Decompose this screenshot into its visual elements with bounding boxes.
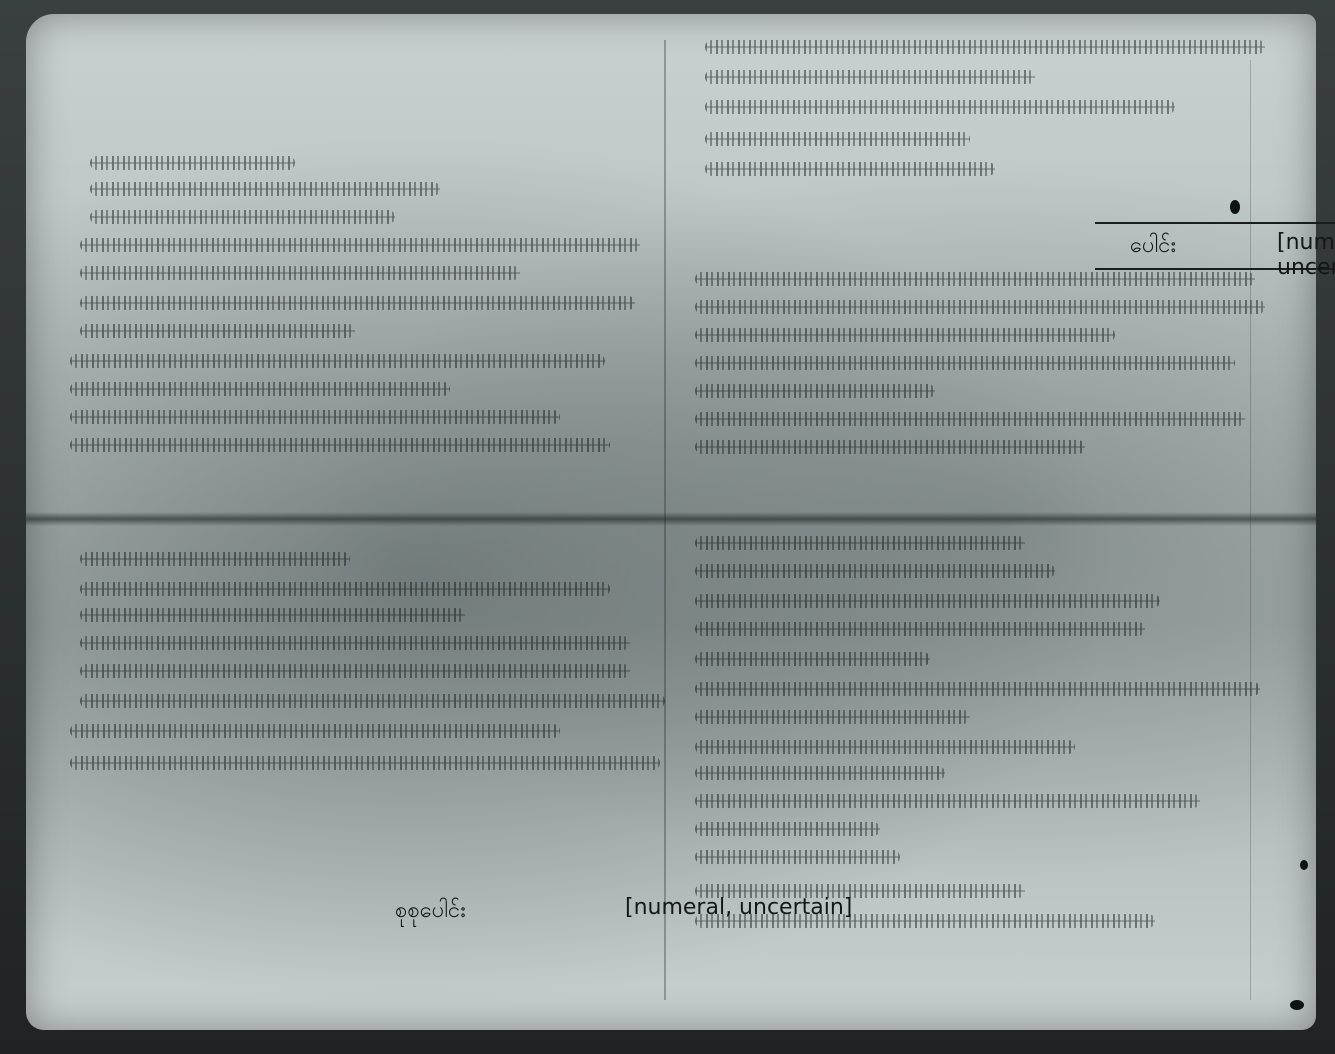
handwritten-line: [illegible handwritten line]: [695, 380, 935, 402]
ink-strokes: [705, 70, 1035, 84]
handwritten-line: [illegible handwritten line]: [80, 262, 520, 284]
handwritten-line: [illegible handwritten line]: [90, 206, 395, 228]
ink-strokes: [80, 636, 630, 650]
total-value: [numeral, uncertain]: [1277, 230, 1335, 280]
ink-strokes: [70, 354, 605, 368]
handwritten-line: [illegible handwritten line]: [80, 604, 465, 626]
handwritten-line: [illegible handwritten line]: [695, 590, 1160, 612]
ink-strokes: [695, 328, 1115, 342]
ink-stain: [1300, 860, 1308, 870]
handwritten-line: [illegible handwritten line]: [80, 578, 610, 600]
handwritten-line: [illegible handwritten line]: [695, 324, 1115, 346]
ink-strokes: [70, 438, 610, 452]
handwritten-line: [illegible handwritten line]: [695, 762, 945, 784]
handwritten-line: [illegible handwritten line]: [70, 752, 660, 774]
handwritten-line: [illegible handwritten line]: [705, 66, 1035, 88]
handwritten-line: [illegible handwritten line]: [695, 648, 930, 670]
ink-strokes: [80, 552, 350, 566]
ink-strokes: [705, 40, 1265, 54]
ink-strokes: [695, 682, 1260, 696]
handwritten-line: [illegible handwritten line]: [695, 560, 1055, 582]
ink-strokes: [705, 162, 995, 176]
handwritten-line: [illegible handwritten line]: [80, 690, 665, 712]
ink-strokes: [695, 272, 1255, 286]
total-label: ပေါင်း: [1130, 230, 1176, 263]
ink-strokes: [80, 694, 665, 708]
handwritten-line: [illegible handwritten line]: [90, 152, 295, 174]
handwritten-line: [illegible handwritten line]: [70, 720, 560, 742]
ink-strokes: [70, 756, 660, 770]
ink-strokes: [695, 794, 1200, 808]
ink-strokes: [80, 238, 640, 252]
ink-strokes: [695, 710, 970, 724]
ink-strokes: [695, 440, 1085, 454]
handwritten-line: [illegible handwritten line]: [70, 350, 605, 372]
ink-strokes: [90, 182, 440, 196]
handwritten-line: [illegible handwritten line]: [695, 618, 1145, 640]
ink-strokes: [695, 356, 1235, 370]
ink-strokes: [80, 608, 465, 622]
handwritten-line: [illegible handwritten line]: [705, 158, 995, 180]
handwritten-line: [illegible handwritten line]: [695, 846, 900, 868]
grand-total-value: [numeral, uncertain]: [625, 895, 852, 920]
handwritten-line: [illegible handwritten line]: [80, 320, 355, 342]
handwritten-line: [illegible handwritten line]: [70, 434, 610, 456]
handwritten-line: [illegible handwritten line]: [695, 296, 1265, 318]
ink-strokes: [705, 132, 970, 146]
ink-strokes: [695, 652, 930, 666]
handwritten-line: [illegible handwritten line]: [80, 548, 350, 570]
ink-strokes: [695, 740, 1075, 754]
ink-stain: [1290, 1000, 1304, 1010]
ink-strokes: [695, 564, 1055, 578]
ink-strokes: [80, 266, 520, 280]
handwritten-line: [illegible handwritten line]: [70, 378, 450, 400]
ink-strokes: [80, 664, 630, 678]
ink-strokes: [695, 384, 935, 398]
ink-strokes: [695, 412, 1245, 426]
handwritten-line: [illegible handwritten line]: [705, 96, 1175, 118]
handwritten-line: [illegible handwritten line]: [80, 292, 635, 314]
handwritten-line: [illegible handwritten line]: [705, 36, 1265, 58]
ink-strokes: [70, 410, 560, 424]
handwritten-line: [illegible handwritten line]: [80, 660, 630, 682]
ink-strokes: [695, 300, 1265, 314]
ink-strokes: [80, 324, 355, 338]
handwritten-line: [illegible handwritten line]: [705, 128, 970, 150]
handwritten-line: [illegible handwritten line]: [695, 408, 1245, 430]
ink-strokes: [695, 766, 945, 780]
handwritten-line: [illegible handwritten line]: [695, 678, 1260, 700]
ink-strokes: [695, 622, 1145, 636]
handwritten-line: [illegible handwritten line]: [695, 532, 1025, 554]
ink-strokes: [695, 822, 880, 836]
ink-strokes: [90, 156, 295, 170]
ink-stain: [1230, 200, 1240, 214]
ink-strokes: [70, 382, 450, 396]
ink-strokes: [80, 582, 610, 596]
handwritten-line: [illegible handwritten line]: [80, 632, 630, 654]
ink-strokes: [80, 296, 635, 310]
handwritten-line: [illegible handwritten line]: [695, 352, 1235, 374]
grand-total-label: စုစုပေါင်း: [395, 895, 466, 928]
handwritten-line: [illegible handwritten line]: [90, 178, 440, 200]
handwritten-line: [illegible handwritten line]: [695, 268, 1255, 290]
handwritten-line: [illegible handwritten line]: [695, 818, 880, 840]
ink-strokes: [695, 850, 900, 864]
handwritten-line: [illegible handwritten line]: [80, 234, 640, 256]
ink-strokes: [70, 724, 560, 738]
ink-strokes: [695, 536, 1025, 550]
handwritten-line: [illegible handwritten line]: [695, 436, 1085, 458]
ink-strokes: [90, 210, 395, 224]
left-page: [illegible handwritten line][illegible h…: [0, 0, 665, 1054]
handwritten-line: [illegible handwritten line]: [695, 706, 970, 728]
ink-strokes: [695, 594, 1160, 608]
handwritten-line: [illegible handwritten line]: [70, 406, 560, 428]
handwritten-line: [illegible handwritten line]: [695, 790, 1200, 812]
handwritten-line: [illegible handwritten line]: [695, 736, 1075, 758]
ink-strokes: [705, 100, 1175, 114]
